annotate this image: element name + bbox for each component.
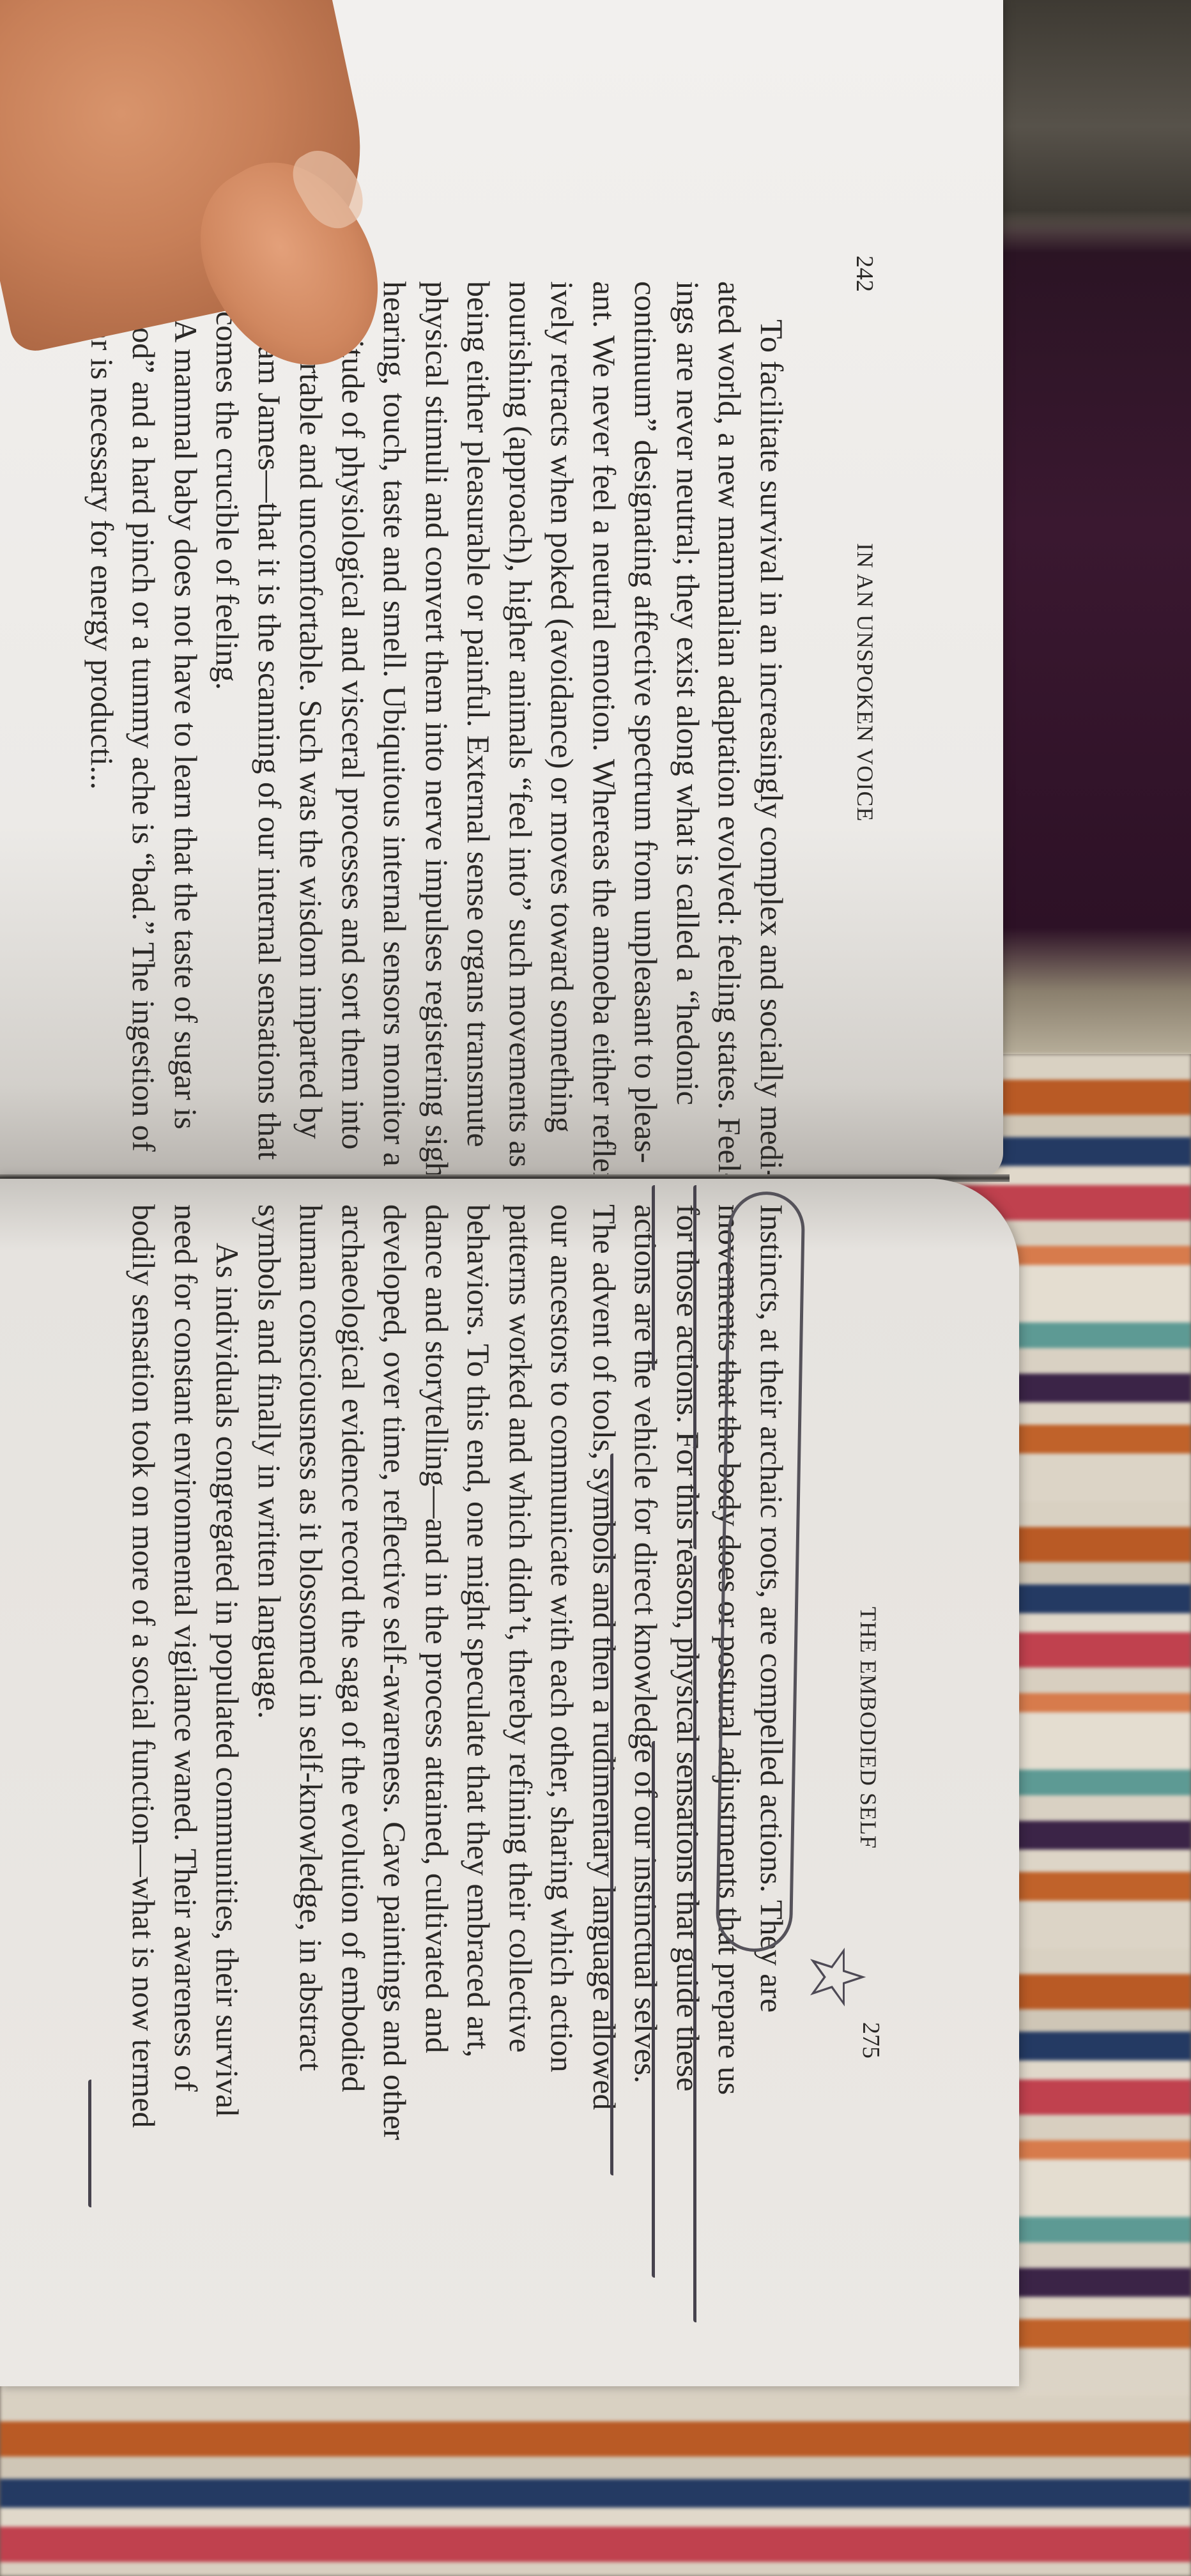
text-line: our ancestors to communicate with each o…	[541, 1204, 583, 2214]
text-line: patterns worked and which didn’t, thereb…	[500, 1204, 542, 2214]
text-line: being either pleasurable or painful. Ext…	[457, 281, 500, 1239]
text-line: ant. We never feel a neutral emotion. Wh…	[583, 281, 626, 1239]
book-page-right: THE EMBODIED SELF 275 Instincts, at thei…	[0, 1179, 1019, 2386]
text-line: human consciousness as it blossomed in s…	[290, 1204, 332, 2214]
text-line: bodily sensation took on more of a socia…	[123, 1204, 165, 2214]
text-line: ings are never neutral; they exist along…	[667, 281, 709, 1239]
pen-underline	[693, 1556, 703, 2322]
text-line: behaviors. To this end, one might specul…	[457, 1204, 500, 2214]
text-line: dance and storytelling—and in the proces…	[416, 1204, 458, 2214]
running-head-left: IN AN UNSPOKEN VOICE	[852, 543, 879, 822]
pen-underline	[693, 1185, 703, 1549]
pen-underline	[652, 1741, 661, 2278]
pen-underline	[610, 1453, 620, 2175]
left-page-body: To facilitate survival in an increasingl…	[81, 281, 793, 1239]
text-line: continuum” designating affective spectru…	[625, 281, 667, 1239]
pen-circle-annotation	[716, 1191, 806, 1952]
text-line: hearing, touch, taste and smell. Ubiquit…	[374, 281, 416, 1239]
text-line: To facilitate survival in an increasingl…	[751, 281, 793, 1239]
text-line: ively retracts when poked (avoidance) or…	[541, 281, 583, 1239]
text-line: need for constant environmental vigilanc…	[165, 1204, 207, 2214]
text-line: archaeological evidence record the saga …	[332, 1204, 374, 2214]
right-page-body: Instincts, at their archaic roots, are c…	[123, 1204, 792, 2214]
book-page-left: 242 IN AN UNSPOKEN VOICE To facilitate s…	[0, 0, 1003, 1179]
text-line: symbols and finally in written language.	[249, 1204, 291, 2214]
text-line: becomes the crucible of feeling.	[206, 281, 249, 1239]
pen-underline	[652, 1185, 661, 1370]
text-line: William James—that it is the scanning of…	[249, 281, 291, 1239]
text-line: multitude of physiological and visceral …	[332, 281, 374, 1239]
page-number-left: 242	[850, 256, 879, 292]
page-number-right: 275	[857, 2022, 885, 2058]
text-line: sugar is necessary for energy producti..…	[81, 281, 123, 1239]
text-line: physical stimuli and convert them into n…	[416, 281, 458, 1239]
running-head-right: THE EMBODIED SELF	[855, 1607, 882, 1849]
text-line: ated world, a new mammalian adaptation e…	[709, 281, 751, 1239]
text-line: As individuals congregated in populated …	[206, 1204, 249, 2214]
text-line: comfortable and uncomfortable. Such was …	[290, 281, 332, 1239]
text-line: “good” and a hard pinch or a tummy ache …	[123, 281, 165, 1239]
star-icon: ☆	[792, 1943, 880, 2012]
text-line: developed, over time, reflective self-aw…	[374, 1204, 416, 2214]
pen-underline	[88, 2080, 98, 2207]
text-line: nourishing (approach), higher animals “f…	[500, 281, 542, 1239]
text-line: A mammal baby does not have to learn tha…	[165, 281, 207, 1239]
